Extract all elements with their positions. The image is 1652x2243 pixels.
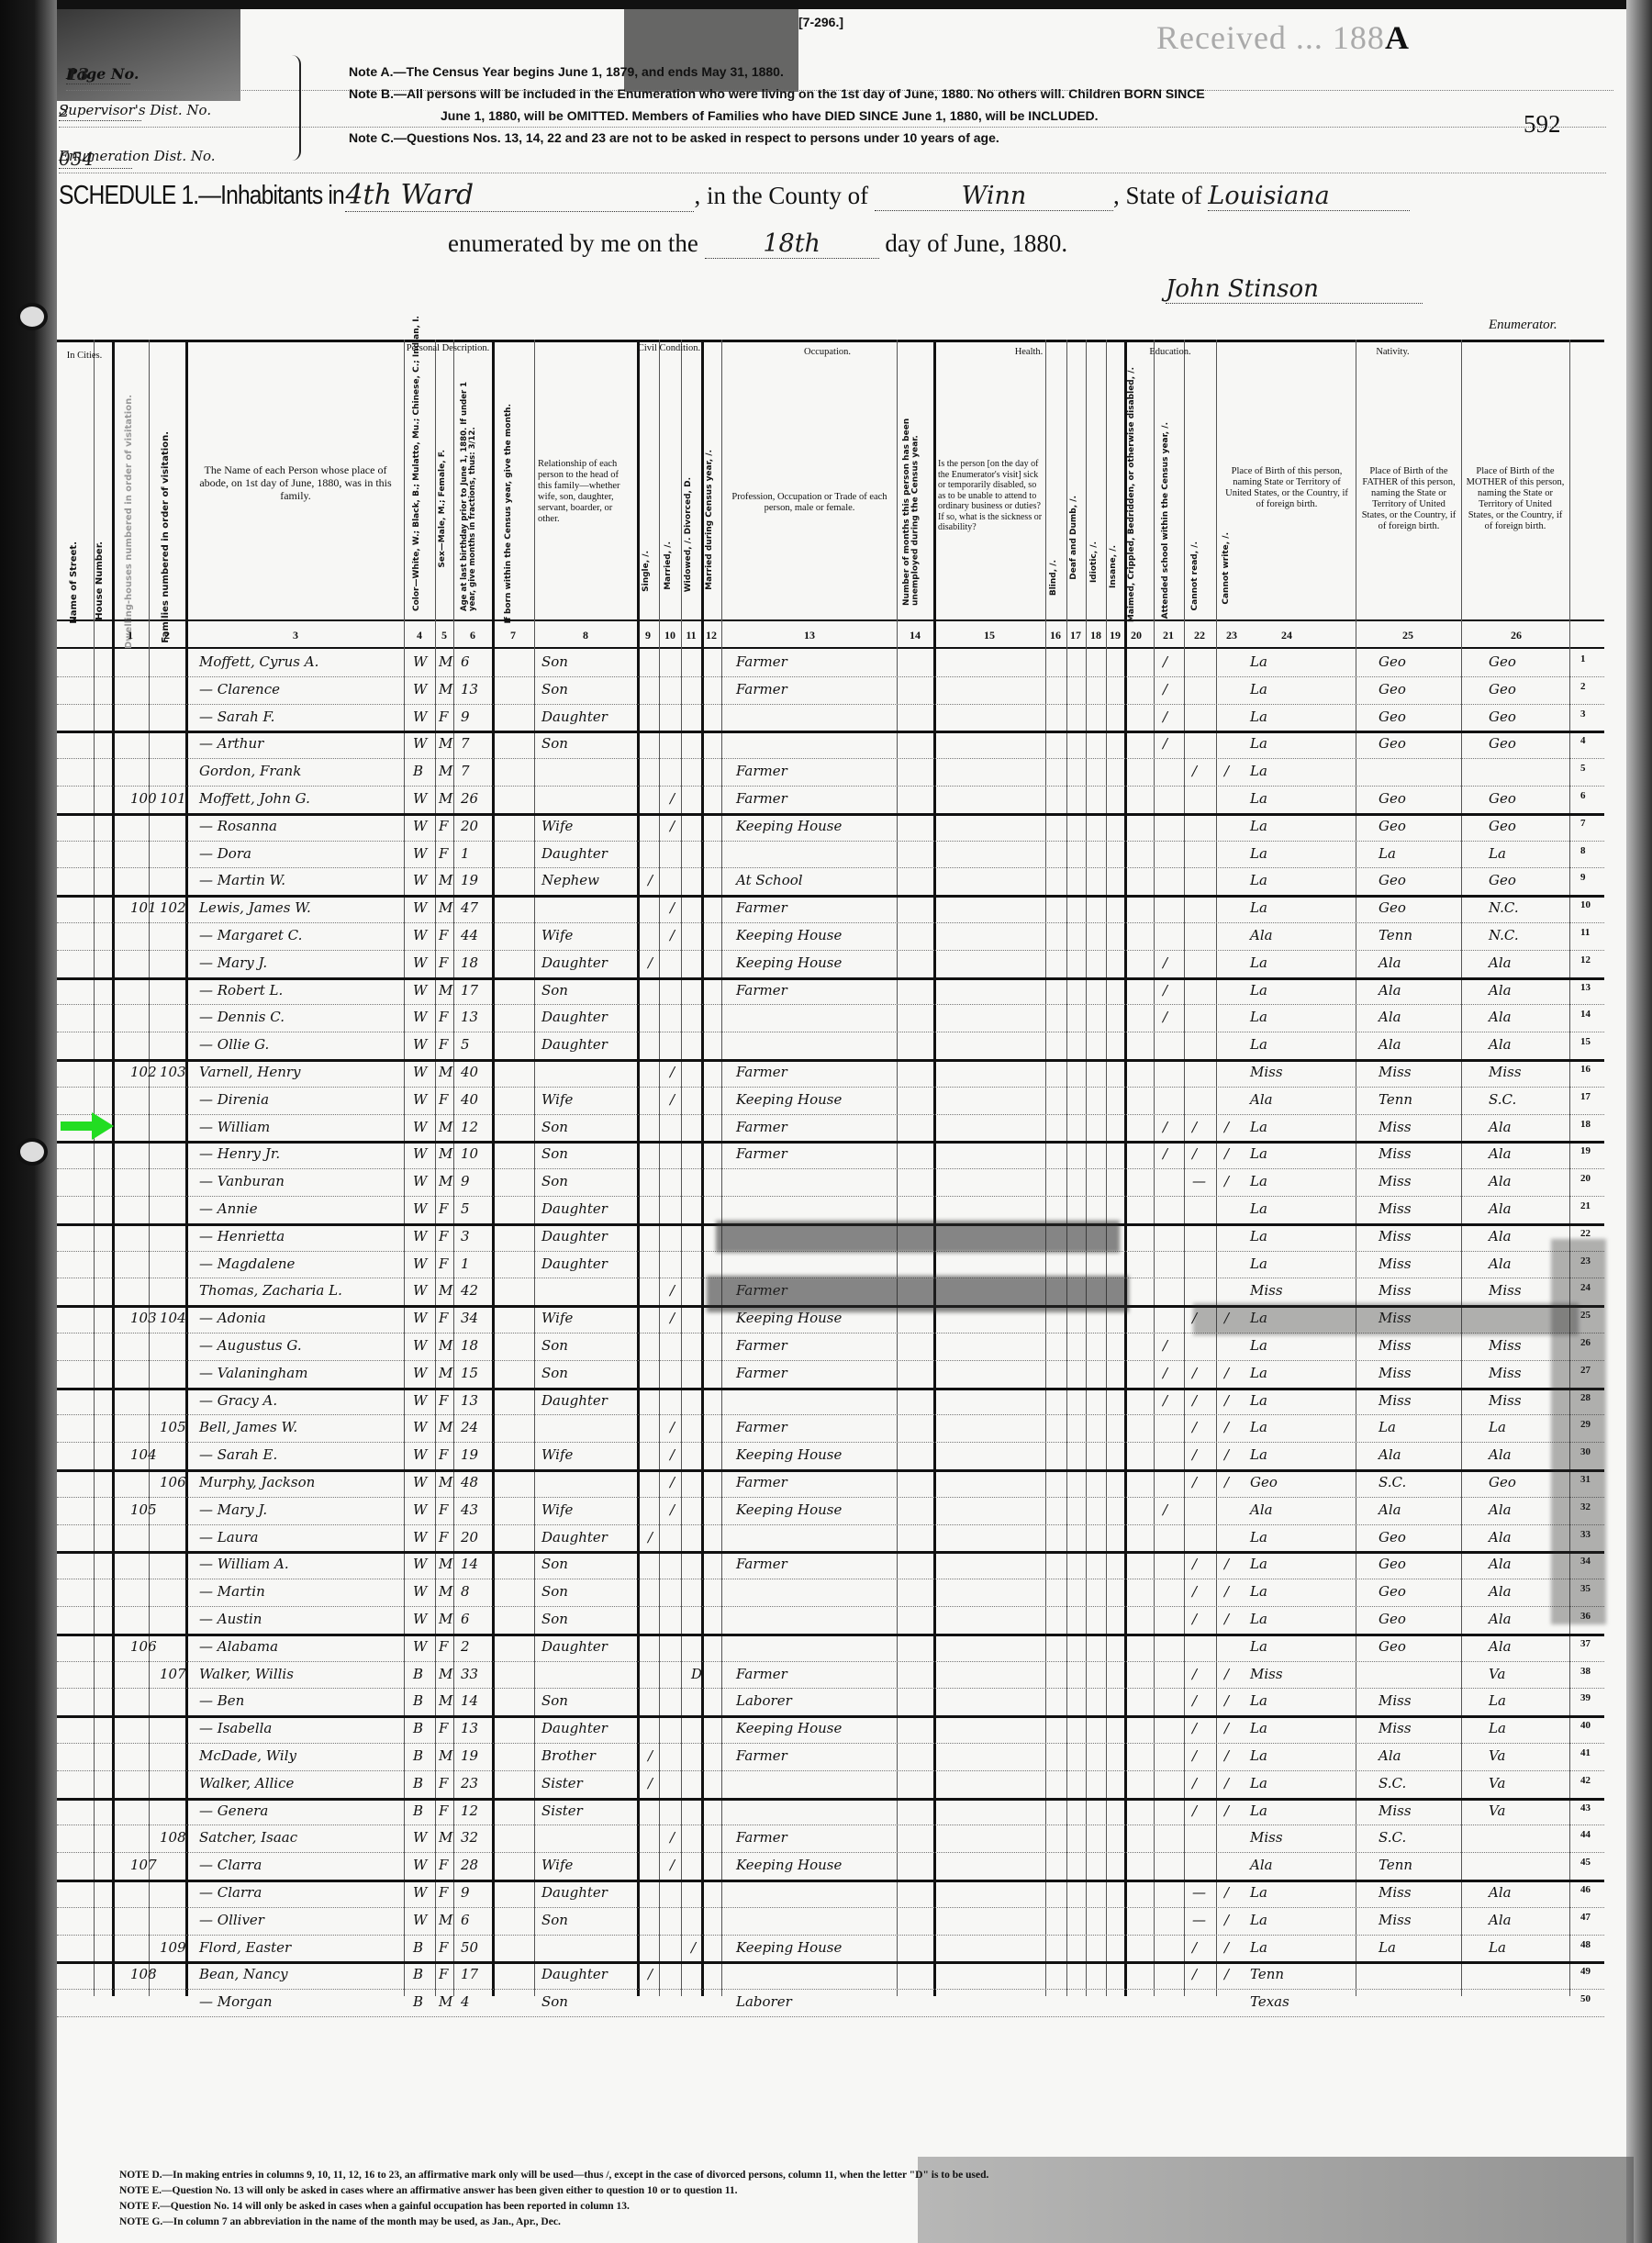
sex-value: F	[439, 1310, 448, 1326]
sex-value: M	[439, 1064, 452, 1080]
cannot-read-mark: /	[1192, 1720, 1197, 1736]
family-number: 103	[160, 1064, 186, 1080]
colnum: 24	[1281, 629, 1292, 642]
colnum: 11	[686, 629, 696, 642]
sex-value: M	[439, 1173, 452, 1189]
person-name: Walker, Allice	[199, 1775, 294, 1791]
mother-birthplace-value: Ala	[1489, 1255, 1512, 1272]
father-birthplace-value: Ala	[1379, 982, 1401, 999]
sex-value: F	[439, 818, 448, 834]
civil-condition-mark: /	[670, 1310, 675, 1326]
cannot-write-mark: /	[1224, 1145, 1229, 1162]
cannot-write-mark: /	[1224, 763, 1229, 779]
occupation-value: Farmer	[736, 1666, 787, 1682]
occupation-value: Farmer	[736, 790, 787, 807]
relationship-value: Son	[541, 1912, 568, 1928]
colnum: 12	[706, 629, 717, 642]
civil-condition-mark: /	[670, 1501, 675, 1518]
color-value: W	[413, 1282, 427, 1299]
cannot-write-mark: /	[1224, 1611, 1229, 1627]
age-value: 50	[461, 1939, 478, 1956]
table-row: 108Satcher, IsaacWM32FarmerMissS.C./44	[57, 1825, 1604, 1853]
colnum: 10	[664, 629, 675, 642]
color-value: W	[413, 1529, 427, 1546]
father-birthplace-value: Miss	[1379, 1884, 1412, 1901]
deaf-header: Deaf and Dumb, /.	[1070, 496, 1078, 580]
note-d: NOTE D.—In making entries in columns 9, …	[119, 2168, 988, 2183]
mother-birthplace-value: La	[1489, 1720, 1506, 1736]
birthplace-value: La	[1250, 1365, 1267, 1381]
relationship-value: Son	[541, 1145, 568, 1162]
mother-birthplace-value: Ala	[1489, 1529, 1512, 1546]
table-row: 105— Mary J.WF43WifeKeeping House/AlaAla…	[57, 1497, 1604, 1525]
person-name: — Isabella	[199, 1720, 272, 1736]
civil-condition-mark: /	[648, 872, 653, 888]
age-value: 17	[461, 1966, 478, 1982]
table-row: — BenBM14SonLaborer//LaMissLa39	[57, 1688, 1604, 1718]
colnum: 1	[128, 629, 133, 642]
age-value: 2	[461, 1638, 470, 1655]
occupation-value: Keeping House	[736, 1939, 842, 1956]
colnum: 9	[645, 629, 651, 642]
enumeration-value: 054	[59, 150, 132, 169]
line-number: 39	[1580, 1692, 1591, 1703]
line-number: 3	[1580, 709, 1586, 720]
sex-value: M	[439, 1692, 452, 1709]
color-value: W	[413, 1419, 427, 1435]
sex-value: F	[439, 709, 448, 725]
relationship-value: Daughter	[541, 1009, 608, 1025]
birthplace-value: La	[1250, 1173, 1267, 1189]
color-value: W	[413, 1638, 427, 1655]
cannot-write-mark: /	[1224, 1775, 1229, 1791]
person-name: — Gracy A.	[199, 1392, 277, 1409]
supervisor-value: 2	[59, 104, 141, 121]
person-name: — Clarence	[199, 681, 280, 697]
mother-birthplace-value: Geo	[1489, 818, 1516, 834]
birthplace-value: La	[1250, 1446, 1267, 1463]
sex-value: F	[439, 1939, 448, 1956]
table-row: Gordon, FrankBM7Farmer//La5	[57, 758, 1604, 787]
civil-condition-mark: /	[691, 1939, 696, 1956]
relationship-value: Sister	[541, 1775, 583, 1791]
color-value: W	[413, 818, 427, 834]
person-name: — William	[199, 1119, 270, 1135]
father-birthplace-value: Miss	[1379, 1064, 1412, 1080]
table-row: — Martin W.WM19NephewAt SchoolLaGeoGeo/9	[57, 867, 1604, 898]
civil-condition-header: Civil Condition.	[637, 343, 701, 354]
received-stamp: Received ... 188A	[1156, 18, 1410, 57]
birthplace-value: Tenn	[1250, 1966, 1284, 1982]
mother-birthplace-value: Ala	[1489, 954, 1512, 971]
birthplace-value: La	[1250, 709, 1267, 725]
binding-ring-icon	[17, 303, 48, 330]
attended-school-mark: /	[1163, 735, 1167, 752]
relationship-value: Daughter	[541, 1638, 608, 1655]
father-birthplace-value: Miss	[1379, 1282, 1412, 1299]
brace	[292, 55, 301, 161]
mother-birthplace-value: Geo	[1489, 709, 1516, 725]
person-name: Flord, Easter	[199, 1939, 291, 1956]
color-value: B	[413, 763, 423, 779]
mother-birthplace-value: La	[1489, 845, 1506, 862]
civil-condition-mark: /	[670, 899, 675, 916]
color-value: W	[413, 681, 427, 697]
sex-value: M	[439, 1119, 452, 1135]
person-name: — Magdalene	[199, 1255, 295, 1272]
age-value: 13	[461, 1392, 478, 1409]
sex-value: M	[439, 1556, 452, 1572]
cannot-read-mark: /	[1192, 1392, 1197, 1409]
person-name: — Olliver	[199, 1912, 264, 1928]
dwelling-number: 106	[130, 1638, 157, 1655]
table-row: — MartinWM8Son//LaGeoAla35	[57, 1579, 1604, 1607]
sex-value: M	[439, 1993, 452, 2010]
state-value: Louisiana	[1208, 182, 1410, 211]
cannot-write-mark: /	[1224, 1666, 1229, 1682]
occupation-value: Farmer	[736, 1474, 787, 1490]
age-value: 9	[461, 709, 470, 725]
person-name: — Alabama	[199, 1638, 278, 1655]
civil-condition-mark: /	[670, 1091, 675, 1108]
sex-value: M	[439, 1337, 452, 1354]
sex-value: M	[439, 899, 452, 916]
occupation-value: Farmer	[736, 681, 787, 697]
cannot-read-mark: /	[1192, 1583, 1197, 1600]
colnum: 16	[1050, 629, 1061, 642]
color-value: B	[413, 1666, 423, 1682]
sex-value: M	[439, 681, 452, 697]
attended-school-mark: /	[1163, 1501, 1167, 1518]
table-row: 106Murphy, JacksonWM48Farmer//GeoS.C.Geo…	[57, 1469, 1604, 1498]
relationship-value: Son	[541, 1556, 568, 1572]
color-value: W	[413, 1365, 427, 1381]
birthplace-value: La	[1250, 1255, 1267, 1272]
person-name: — Arthur	[199, 735, 263, 752]
mother-birthplace-value: Geo	[1489, 735, 1516, 752]
father-birthplace-value: Tenn	[1379, 1857, 1412, 1873]
father-birthplace-value: Miss	[1379, 1145, 1412, 1162]
person-name: — Henrietta	[199, 1228, 285, 1244]
line-number: 6	[1580, 790, 1586, 801]
mother-birthplace-value: Va	[1489, 1802, 1505, 1819]
birthplace-value: La	[1250, 735, 1267, 752]
line-number: 21	[1580, 1200, 1591, 1211]
father-birthplace-value: Ala	[1379, 1446, 1401, 1463]
birthplace-value: La	[1250, 1392, 1267, 1409]
color-value: W	[413, 1173, 427, 1189]
occupation-value: Farmer	[736, 899, 787, 916]
colnum: 13	[804, 629, 815, 642]
attended-school-mark: /	[1163, 1337, 1167, 1354]
relationship-value: Nephew	[541, 872, 599, 888]
occupation-value: At School	[736, 872, 803, 888]
father-birthplace-value: La	[1379, 1419, 1396, 1435]
line-number: 14	[1580, 1009, 1591, 1020]
relationship-value: Wife	[541, 818, 573, 834]
age-value: 20	[461, 818, 478, 834]
line-number: 41	[1580, 1747, 1591, 1758]
mother-birthplace-value: Ala	[1489, 1501, 1512, 1518]
civil-condition-mark: /	[670, 1282, 675, 1299]
cannot-write-mark: /	[1224, 1583, 1229, 1600]
father-birthplace-value: Geo	[1379, 653, 1406, 670]
age-header: Age at last birthday prior to June 1, 18…	[461, 373, 486, 611]
mother-birthplace-value: Va	[1489, 1666, 1505, 1682]
person-name: — Annie	[199, 1200, 258, 1217]
mother-birthplace-value: Ala	[1489, 1446, 1512, 1463]
color-value: W	[413, 1611, 427, 1627]
color-value: W	[413, 653, 427, 670]
column-numbers: 1 2 3 4 5 6 7 8 9 10 11 12 13 14 15 16 1…	[57, 629, 1604, 647]
relationship-value: Son	[541, 735, 568, 752]
table-row: — GeneraBF12Sister//LaMissVa43	[57, 1798, 1604, 1826]
sex-value: M	[439, 982, 452, 999]
person-name: Bell, James W.	[199, 1419, 297, 1435]
occupation-value: Farmer	[736, 1365, 787, 1381]
occupation-value: Farmer	[736, 763, 787, 779]
married-during-header: Married during Census year, /.	[706, 450, 714, 590]
colnum: 2	[164, 629, 170, 642]
page-edge-top	[0, 0, 1652, 9]
birthplace-value: La	[1250, 1611, 1267, 1627]
occupation-value: Keeping House	[736, 1091, 842, 1108]
occupation-value: Farmer	[736, 1119, 787, 1135]
relationship-value: Wife	[541, 1501, 573, 1518]
father-birthplace-value: Ala	[1379, 1009, 1401, 1025]
table-row: — OlliverWM6Son—/LaMissAla47	[57, 1907, 1604, 1936]
person-name: Gordon, Frank	[199, 763, 301, 779]
mother-birthplace-value: Miss	[1489, 1365, 1522, 1381]
line-number: 50	[1580, 1993, 1591, 2004]
family-number: 102	[160, 899, 186, 916]
in-cities-header: In Cities.	[57, 351, 112, 362]
attended-school-mark: /	[1163, 1392, 1167, 1409]
father-birthplace-value: Miss	[1379, 1912, 1412, 1928]
color-value: W	[413, 1009, 427, 1025]
birthplace-value: La	[1250, 872, 1267, 888]
day-value: 18th	[705, 229, 879, 259]
color-value: W	[413, 1583, 427, 1600]
line-number: 46	[1580, 1884, 1591, 1895]
sex-value: F	[439, 1884, 448, 1901]
age-value: 48	[461, 1474, 478, 1490]
father-birthplace-value: Miss	[1379, 1119, 1412, 1135]
cannot-read-mark: /	[1192, 1747, 1197, 1764]
family-number: 106	[160, 1474, 186, 1490]
schedule-label: SCHEDULE 1.—Inhabitants in	[59, 181, 344, 211]
attended-school-mark: /	[1163, 954, 1167, 971]
cannot-read-mark: /	[1192, 1939, 1197, 1956]
sex-value: M	[439, 1282, 452, 1299]
sex-value: M	[439, 653, 452, 670]
age-value: 6	[461, 653, 470, 670]
father-birthplace-value: Geo	[1379, 1583, 1406, 1600]
cannot-write-header: Cannot write, /.	[1222, 532, 1231, 605]
sex-value: F	[439, 1036, 448, 1053]
line-number: 15	[1580, 1036, 1591, 1047]
birthplace-value: La	[1250, 790, 1267, 807]
table-row: — DireniaWF40WifeKeeping HouseAlaTennS.C…	[57, 1087, 1604, 1115]
mother-birthplace-value: Ala	[1489, 1228, 1512, 1244]
civil-condition-mark: /	[670, 1064, 675, 1080]
age-value: 43	[461, 1501, 478, 1518]
table-row: — ClarenceWM13SonFarmer/LaGeoGeo2	[57, 676, 1604, 705]
line-number: 44	[1580, 1829, 1591, 1840]
relationship-value: Daughter	[541, 1228, 608, 1244]
sex-header: Sex—Male, M.; Female, F.	[439, 450, 447, 568]
person-name: Moffett, Cyrus A.	[199, 653, 318, 670]
table-row: — Margaret C.WF44WifeKeeping HouseAlaTen…	[57, 922, 1604, 951]
mother-birthplace-value: Miss	[1489, 1337, 1522, 1354]
cannot-write-mark: /	[1224, 1119, 1229, 1135]
cannot-write-mark: /	[1224, 1692, 1229, 1709]
relationship-value: Daughter	[541, 1255, 608, 1272]
mother-birthplace-value: Ala	[1489, 1556, 1512, 1572]
birthplace-value: La	[1250, 845, 1267, 862]
green-arrow-icon	[61, 1112, 114, 1140]
relationship-value: Daughter	[541, 1200, 608, 1217]
person-name: — Martin	[199, 1583, 265, 1600]
color-value: B	[413, 1775, 423, 1791]
colnum: 15	[984, 629, 995, 642]
father-birthplace-value: Geo	[1379, 1529, 1406, 1546]
person-name: — Clarra	[199, 1857, 262, 1873]
occupation-value: Farmer	[736, 1556, 787, 1572]
birthplace-value: La	[1250, 818, 1267, 834]
dwelling-number: 100	[130, 790, 157, 807]
person-name: Moffett, John G.	[199, 790, 310, 807]
age-value: 8	[461, 1583, 470, 1600]
person-name: — Ollie G.	[199, 1036, 269, 1053]
relationship-value: Son	[541, 1119, 568, 1135]
attended-school-header: Attended school within the Census year, …	[1162, 422, 1170, 619]
age-value: 6	[461, 1611, 470, 1627]
father-birthplace-value: Miss	[1379, 1255, 1412, 1272]
father-birthplace-value: Miss	[1379, 1720, 1412, 1736]
color-header: Color—White, W.; Black, B.; Mulatto, Mu.…	[413, 373, 421, 611]
attended-school-mark: /	[1163, 1365, 1167, 1381]
birthplace-value: La	[1250, 1912, 1267, 1928]
father-birthplace-value: Ala	[1379, 1747, 1401, 1764]
person-name: — Dennis C.	[199, 1009, 285, 1025]
table-row: — Gracy A.WF13Daughter///LaMissMiss28	[57, 1388, 1604, 1416]
color-value: B	[413, 1802, 423, 1819]
age-value: 19	[461, 872, 478, 888]
table-row: — MorganBM4SonLaborerTexas50	[57, 1989, 1604, 2017]
relationship-value: Wife	[541, 1446, 573, 1463]
sex-value: F	[439, 1091, 448, 1108]
birthplace-value: La	[1250, 1720, 1267, 1736]
table-row: 107— ClarraWF28WifeKeeping HouseAlaTenn/…	[57, 1852, 1604, 1882]
age-value: 5	[461, 1200, 470, 1217]
person-name: McDade, Wily	[199, 1747, 296, 1764]
table-row: — Dennis C.WF13Daughter/LaAlaAla14	[57, 1004, 1604, 1032]
table-row: — William A.WM14SonFarmer//LaGeoAla34	[57, 1551, 1604, 1579]
birthplace-value: La	[1250, 1638, 1267, 1655]
birthplace-value: La	[1250, 1884, 1267, 1901]
person-name: — Mary J.	[199, 1501, 267, 1518]
note-g: NOTE G.—In column 7 an abbreviation in t…	[119, 2215, 988, 2230]
person-name: — Robert L.	[199, 982, 283, 999]
line-number: 37	[1580, 1638, 1591, 1649]
color-value: W	[413, 927, 427, 943]
age-value: 1	[461, 1255, 470, 1272]
dwelling-number: 107	[130, 1857, 157, 1873]
birthplace-value: La	[1250, 1036, 1267, 1053]
mother-birthplace-value: N.C.	[1489, 899, 1519, 916]
line-number: 20	[1580, 1173, 1591, 1184]
father-birthplace-value: S.C.	[1379, 1829, 1406, 1846]
birthplace-value: La	[1250, 653, 1267, 670]
sex-value: F	[439, 1857, 448, 1873]
civil-condition-mark: D	[691, 1666, 702, 1682]
person-name: — Genera	[199, 1802, 268, 1819]
occupation-header: Occupation.	[721, 347, 933, 358]
line-number: 47	[1580, 1912, 1591, 1923]
birthplace-value: Miss	[1250, 1829, 1283, 1846]
colnum: 25	[1402, 629, 1413, 642]
family-number: 104	[160, 1310, 186, 1326]
census-page: [7-296.] Received ... 188A 592 Page No. …	[0, 0, 1652, 2243]
relationship-value: Brother	[541, 1747, 596, 1764]
colnum: 26	[1511, 629, 1522, 642]
relationship-value: Son	[541, 653, 568, 670]
color-value: W	[413, 954, 427, 971]
table-row: — ValaninghamWM15SonFarmer///LaMissMiss2…	[57, 1360, 1604, 1390]
age-value: 20	[461, 1529, 478, 1546]
line-number: 42	[1580, 1775, 1591, 1786]
relationship-value: Wife	[541, 1091, 573, 1108]
colnum: 7	[510, 629, 516, 642]
sex-value: F	[439, 1638, 448, 1655]
header-bottom-rule	[57, 619, 1604, 621]
cannot-write-mark: /	[1224, 1365, 1229, 1381]
birth-person-header: Place of Birth of this person, naming St…	[1221, 466, 1353, 510]
colnum: 14	[910, 629, 921, 642]
person-name: — Mary J.	[199, 954, 267, 971]
birthplace-value: La	[1250, 1228, 1267, 1244]
line-number: 38	[1580, 1666, 1591, 1677]
age-value: 33	[461, 1666, 478, 1682]
dwelling-header: Dwelling-houses numbered in order of vis…	[125, 395, 135, 649]
color-value: W	[413, 1556, 427, 1572]
relationship-value: Son	[541, 982, 568, 999]
table-row: — RosannaWF20WifeKeeping HouseLaGeoGeo/7	[57, 813, 1604, 842]
father-birthplace-value: Geo	[1379, 790, 1406, 807]
birthplace-value: Miss	[1250, 1282, 1283, 1299]
relationship-value: Son	[541, 1337, 568, 1354]
cannot-write-mark: /	[1224, 1556, 1229, 1572]
occupation-value: Farmer	[736, 1747, 787, 1764]
civil-condition-mark: /	[670, 790, 675, 807]
mother-birthplace-value: La	[1489, 1692, 1506, 1709]
sex-value: F	[439, 1446, 448, 1463]
table-row: — Sarah F.WF9Daughter/LaGeoGeo3	[57, 704, 1604, 734]
birthplace-value: La	[1250, 1747, 1267, 1764]
relationship-value: Daughter	[541, 954, 608, 971]
father-birthplace-value: Miss	[1379, 1228, 1412, 1244]
father-birthplace-value: Miss	[1379, 1173, 1412, 1189]
occupation-value: Farmer	[736, 1064, 787, 1080]
father-birthplace-value: Geo	[1379, 1556, 1406, 1572]
mother-birthplace-value: S.C.	[1489, 1091, 1516, 1108]
binding-ring-icon	[17, 1138, 48, 1166]
enumerated-line: enumerated by me on the 18th day of June…	[448, 229, 1067, 259]
mother-birthplace-value: N.C.	[1489, 927, 1519, 943]
table-row: 107Walker, WillisBM33Farmer//MissVaD38	[57, 1661, 1604, 1690]
age-value: 24	[461, 1419, 478, 1435]
